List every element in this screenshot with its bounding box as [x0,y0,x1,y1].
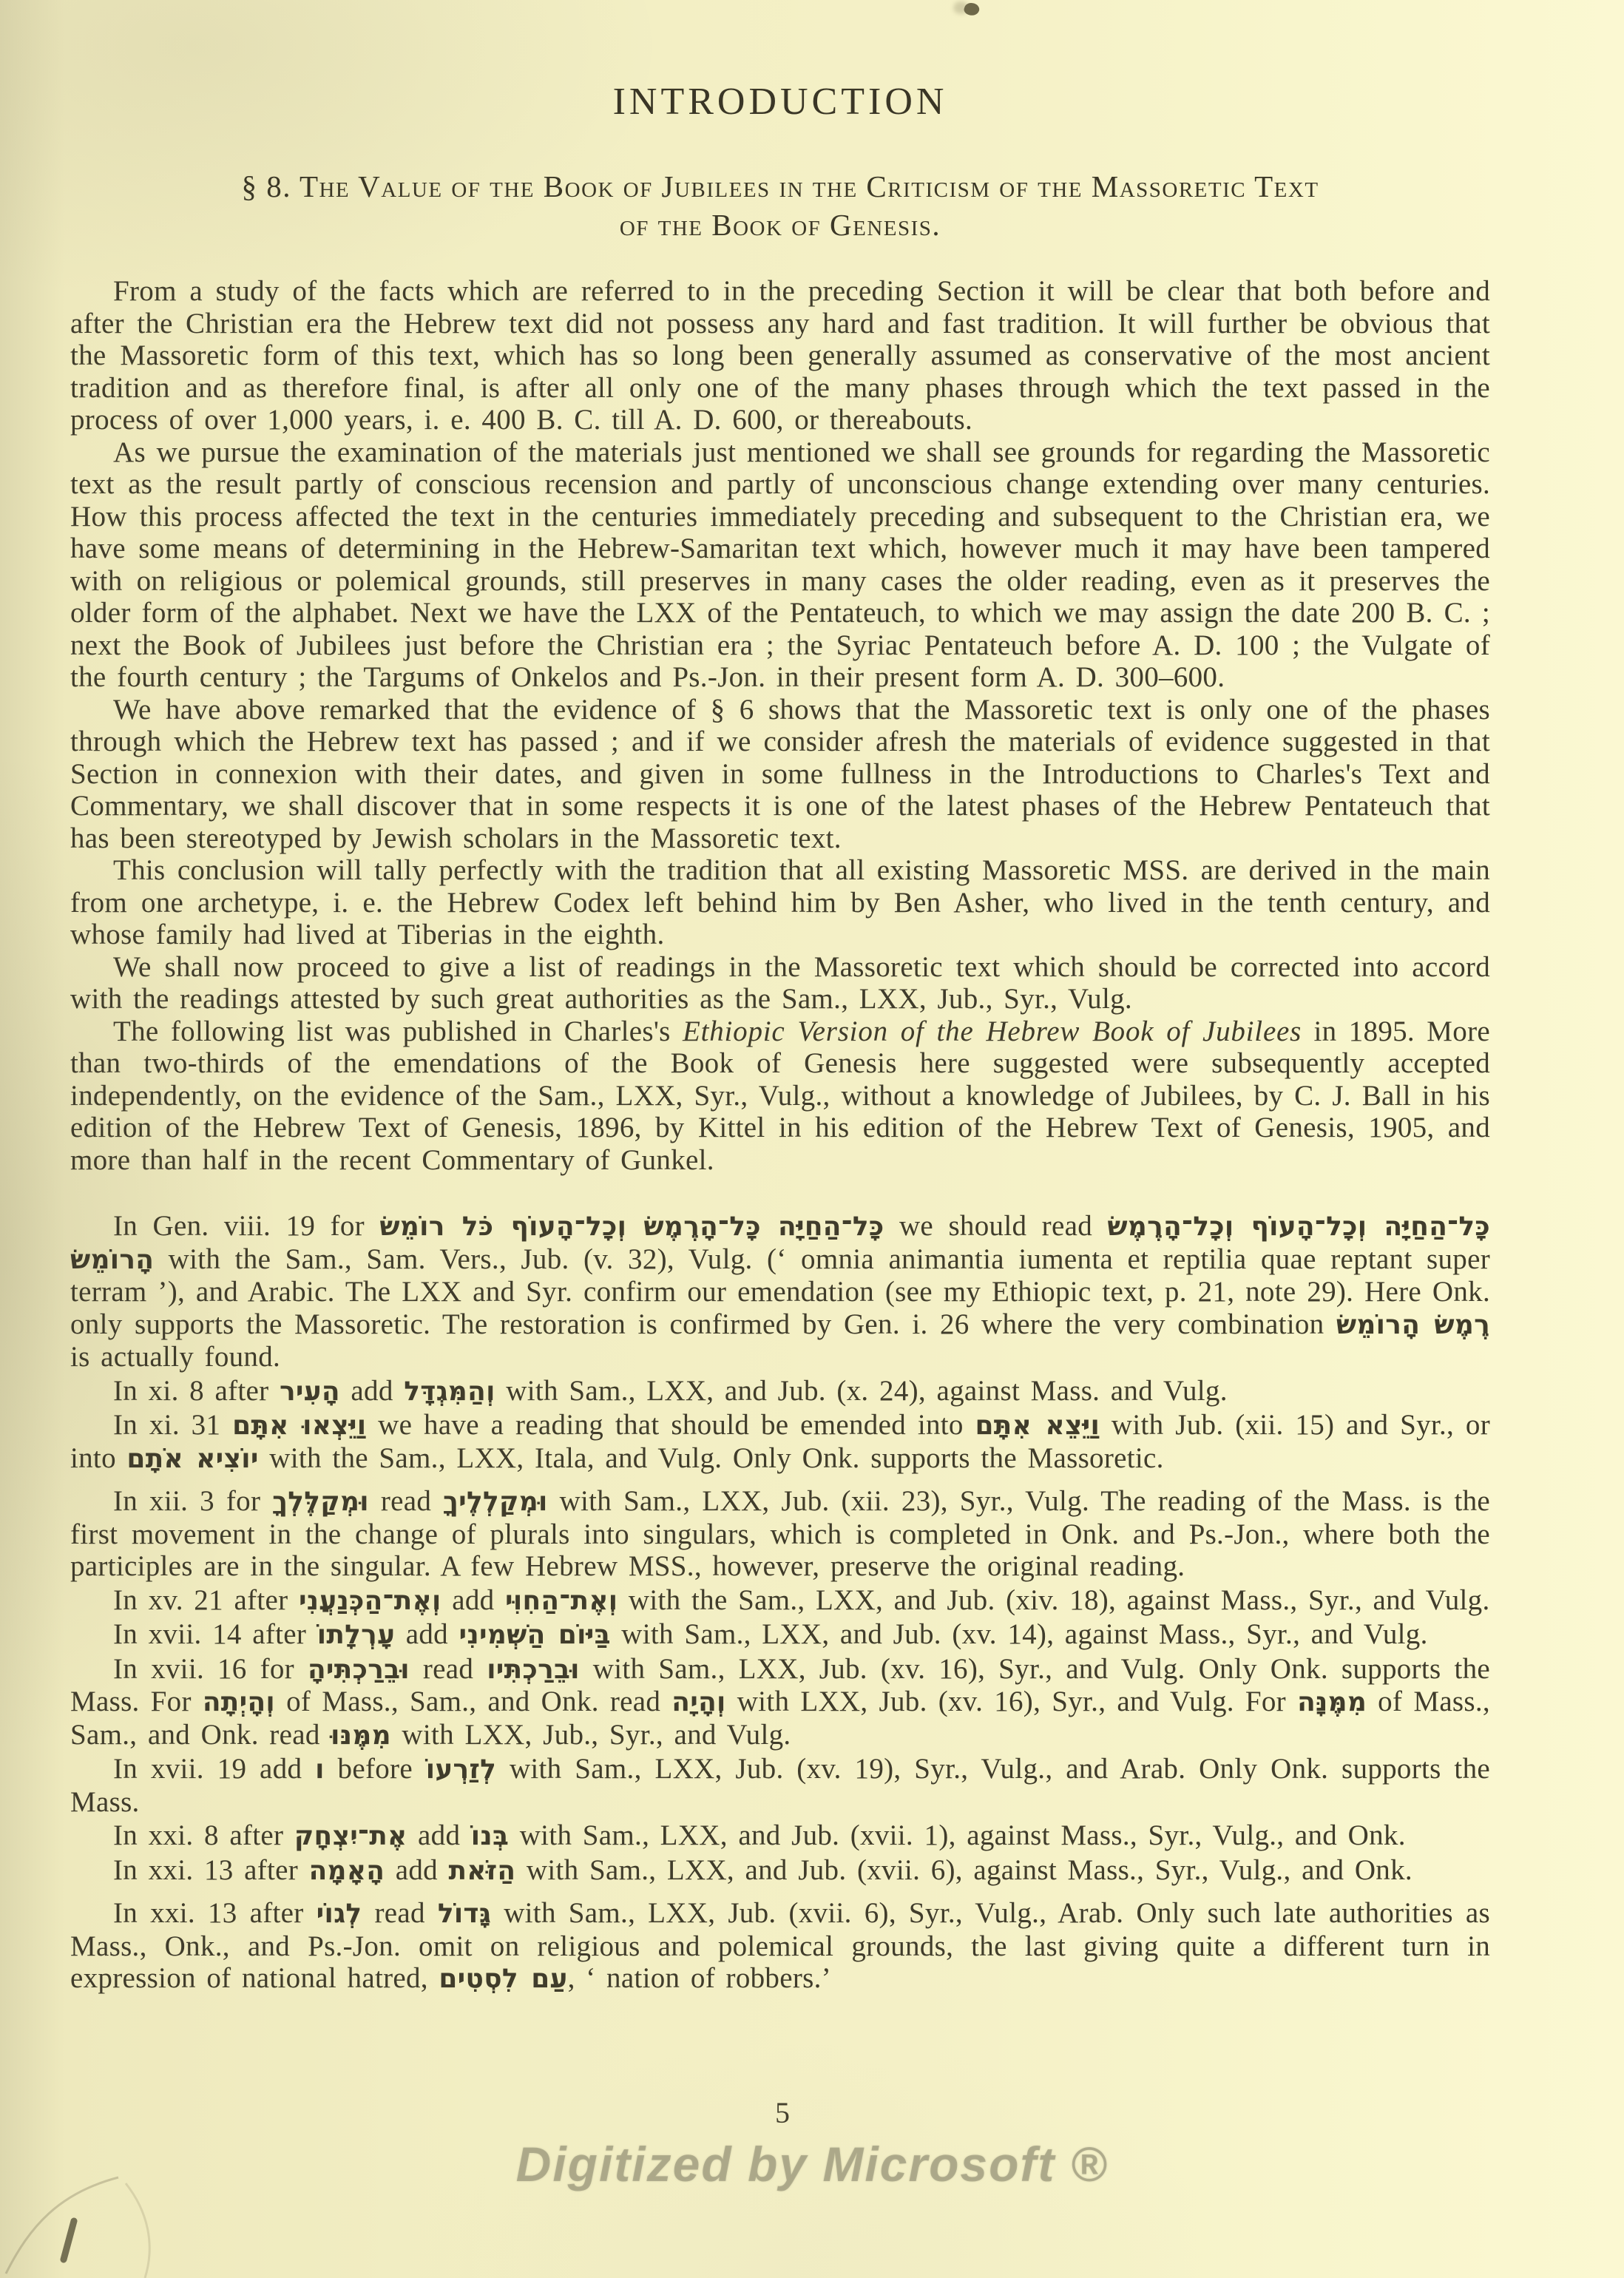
body-text-segment: before [325,1753,426,1785]
hebrew-text: רֶמֶשׂ הָרוֹמֵשׂ [1336,1310,1490,1340]
body-text-segment: In xxi. 13 after [113,1897,317,1929]
body-text-segment: read [410,1653,487,1685]
body-text-segment: with Sam., LXX, and Jub. (x. 24), agains… [495,1375,1228,1407]
body-text-segment: In xvii. 19 add [113,1753,315,1785]
hebrew-text: בְּנוֹ [471,1821,509,1851]
body-text-segment: add [385,1854,448,1886]
hebrew-text: וּבֵרַכְתִּיהָ [308,1655,410,1685]
hebrew-text: וּמְקַלְלֶיךָ [443,1487,547,1517]
body-text-segment: This conclusion will tally perfectly wit… [70,854,1490,950]
section-heading-line1: § 8. The Value of the Book of Jubilees i… [241,169,1319,203]
body-text-segment: with LXX, Jub., Syr., and Vulg. [391,1719,791,1751]
hebrew-text: אֶת־יִצְחָק [294,1821,407,1851]
hebrew-text: וְאֶת־הַחִוִּי [505,1586,618,1616]
paragraph: As we pursue the examination of the mate… [70,436,1490,694]
list-entry: In xi. 31 וַיֵּצְאוּ אִתָּם we have a re… [70,1409,1490,1475]
list-entry: In xvii. 19 add ו before לְזַרְעוֹ with … [70,1753,1490,1818]
list-entry: In Gen. viii. 19 for כָּל־הַחַיָּה כָּל־… [70,1210,1490,1373]
body-text-segment: we have a reading that should be emended… [366,1409,975,1441]
body-text-segment: In xvii. 14 after [113,1618,317,1650]
hebrew-text: הַזֹּאת [449,1856,516,1886]
list-entry: In xxi. 13 after לְגוֹי read גָּדוֹל wit… [70,1897,1490,1995]
body-text-segment: with LXX, Jub. (xv. 16), Syr., and Vulg.… [726,1686,1297,1717]
list-entry: In xxi. 13 after הָאָמָה add הַזֹּאת wit… [70,1854,1490,1887]
body-text-segment: is actually found. [70,1341,280,1373]
paragraph: We have above remarked that the evidence… [70,694,1490,855]
section-heading: § 8. The Value of the Book of Jubilees i… [70,167,1490,244]
body-text: From a study of the facts which are refe… [70,275,1490,1995]
hebrew-text: עָרְלָתוֹ [317,1620,395,1650]
hebrew-text: וְאֶת־הַכְּנַעֲנִי [299,1586,441,1616]
body-text-segment: In xi. 8 after [113,1375,280,1407]
hebrew-text: וְהָיָה [671,1687,725,1717]
paragraph: From a study of the facts which are refe… [70,275,1490,436]
body-text-segment: In xii. 3 for [113,1485,272,1517]
body-text-segment: with the Sam., LXX, Itala, and Vulg. Onl… [259,1442,1164,1474]
digitized-watermark: Digitized by Microsoft ® [0,2136,1624,2192]
hebrew-text: לְזַרְעוֹ [426,1754,496,1785]
body-text-segment: As we pursue the examination of the mate… [70,436,1490,694]
hebrew-text: כָּל־הַחַיָּה כָּל־הָרֶמֶשׂ וְכָל־הָעוֹף… [379,1211,884,1242]
body-text-segment: We shall now proceed to give a list of r… [70,951,1490,1015]
hebrew-text: בַּיּוֹם הַשְּׁמִינִי [459,1620,611,1650]
body-text-segment: In xxi. 13 after [113,1854,309,1886]
body-text-segment: add [441,1584,505,1616]
body-text-segment: we should read [884,1210,1108,1242]
page-corner-curl-mark [0,2115,207,2278]
body-text-segment: with Sam., LXX, and Jub. (xvii. 6), agai… [515,1854,1412,1886]
body-text-segment: In xxi. 8 after [113,1819,294,1851]
paragraph: The following list was published in Char… [70,1015,1490,1177]
hebrew-text: וּבֵרַכְתִּיו [487,1655,580,1685]
page-number: 5 [0,2095,1565,2130]
body-text-segment: In xvii. 16 for [113,1653,308,1685]
paragraph: We shall now proceed to give a list of r… [70,951,1490,1015]
body-text-segment: with the Sam., LXX, and Jub. (xiv. 18), … [618,1584,1489,1616]
list-entry: In xxi. 8 after אֶת־יִצְחָק add בְּנוֹ w… [70,1819,1490,1853]
body-text-segment: with Sam., LXX, and Jub. (xvii. 1), agai… [509,1819,1406,1851]
hebrew-text: מִמֶּנָּה [1297,1687,1367,1717]
hebrew-text: וְהַמִּגְדָּל [404,1376,495,1407]
body-text-segment: add [407,1819,470,1851]
hebrew-text: עַם לִסְטִים [439,1964,567,1994]
text-column: INTRODUCTION § 8. The Value of the Book … [70,0,1490,1995]
body-text-segment: with the Sam., Sam. Vers., Jub. (v. 32),… [70,1243,1490,1340]
body-text-segment: read [369,1485,443,1517]
hebrew-text: לְגוֹי [317,1899,362,1929]
hebrew-text: וְהָיְתָה [203,1687,275,1717]
hebrew-text: גָּדוֹל [438,1899,491,1929]
paragraph: This conclusion will tally perfectly wit… [70,854,1490,951]
list-entry: In xvii. 14 after עָרְלָתוֹ add בַּיּוֹם… [70,1618,1490,1652]
section-heading-line2: of the Book of Genesis. [620,208,941,242]
page-title: INTRODUCTION [70,83,1490,121]
list-entry: In xii. 3 for וּמְקַלֶּלְךָ read וּמְקַל… [70,1485,1490,1583]
hebrew-text: וַיֵּצְאוּ אִתָּם [232,1410,366,1441]
italic-book-title: Ethiopic Version of the Hebrew Book of J… [683,1015,1302,1047]
body-text-segment: of Mass., Sam., and Onk. read [275,1686,671,1717]
body-text-segment: add [395,1618,459,1650]
body-text-segment: In Gen. viii. 19 for [113,1210,379,1242]
hebrew-text: וַיֵּצֵא אִתָּם [975,1410,1100,1441]
hebrew-text: וּמְקַלֶּלְךָ [272,1487,369,1517]
body-text-segment: From a study of the facts which are refe… [70,275,1490,436]
hebrew-text: מִמֶּנּוּ [331,1720,391,1751]
list-entry: In xi. 8 after הָעִיר add וְהַמִּגְדָּל … [70,1375,1490,1408]
body-text-segment: In xi. 31 [113,1409,232,1441]
book-page: INTRODUCTION § 8. The Value of the Book … [0,0,1624,2278]
body-text-segment: , ‘ nation of robbers.’ [568,1962,831,1994]
body-text-segment: The following list was published in Char… [113,1015,683,1047]
list-entry: In xv. 21 after וְאֶת־הַכְּנַעֲנִי add ו… [70,1584,1490,1618]
hebrew-text: ו [315,1754,325,1785]
hebrew-text: הָעִיר [280,1376,340,1407]
body-text-segment: add [340,1375,404,1407]
body-text-segment: read [362,1897,437,1929]
body-text-segment: with Sam., LXX, and Jub. (xv. 14), again… [611,1618,1428,1650]
list-entry: In xvii. 16 for וּבֵרַכְתִּיהָ read וּבֵ… [70,1653,1490,1752]
hebrew-text: יוֹצִיא אֹתָם [126,1444,258,1474]
hebrew-text: הָאָמָה [309,1856,385,1886]
body-text-segment: In xv. 21 after [113,1584,299,1616]
body-text-segment: We have above remarked that the evidence… [70,694,1490,854]
